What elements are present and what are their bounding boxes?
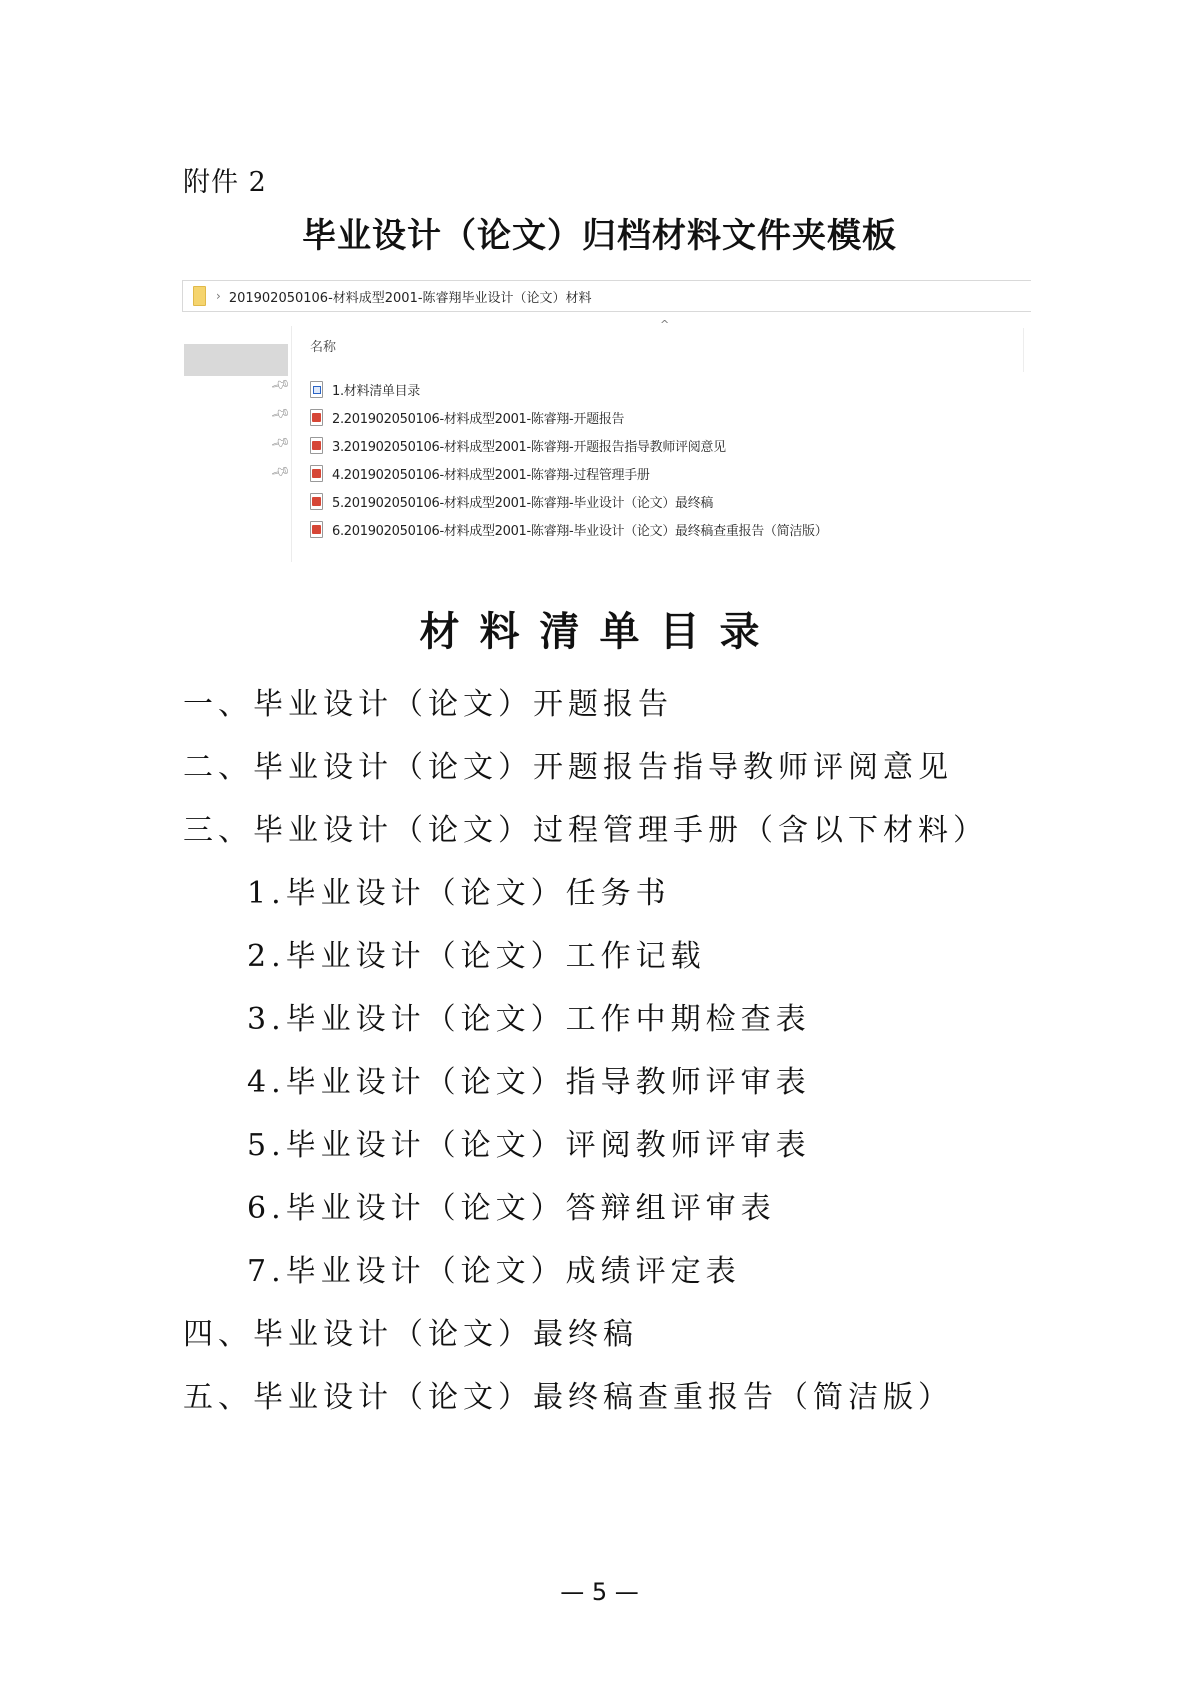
file-name[interactable]: 5.201902050106-材料成型2001-陈睿翔-毕业设计（论文）最终稿 <box>332 492 713 511</box>
pin-icon: 📌︎ <box>269 462 291 483</box>
pdf-file-icon <box>310 465 323 482</box>
checklist-item: 一、毕业设计（论文）开题报告 <box>183 683 988 746</box>
checklist: 一、毕业设计（论文）开题报告二、毕业设计（论文）开题报告指导教师评阅意见三、毕业… <box>183 683 988 1439</box>
pdf-file-icon <box>310 409 323 426</box>
attachment-label: 附件 2 <box>183 160 267 199</box>
checklist-subitem: 2.毕业设计（论文）工作记载 <box>183 935 988 998</box>
checklist-subitem: 3.毕业设计（论文）工作中期检查表 <box>183 998 988 1061</box>
checklist-subitem: 5.毕业设计（论文）评阅教师评审表 <box>183 1124 988 1187</box>
pane-divider[interactable] <box>291 326 292 562</box>
checklist-item: 四、毕业设计（论文）最终稿 <box>183 1313 988 1376</box>
pin-icon: 📌︎ <box>269 433 291 454</box>
word-file-icon <box>310 381 323 398</box>
file-name[interactable]: 6.201902050106-材料成型2001-陈睿翔-毕业设计（论文）最终稿查… <box>332 520 827 539</box>
breadcrumb-path[interactable]: 201902050106-材料成型2001-陈睿翔毕业设计（论文）材料 <box>229 287 592 306</box>
checklist-subitem: 4.毕业设计（论文）指导教师评审表 <box>183 1061 988 1124</box>
file-row[interactable]: 5.201902050106-材料成型2001-陈睿翔-毕业设计（论文）最终稿 <box>310 487 827 515</box>
file-explorer-screenshot: › 201902050106-材料成型2001-陈睿翔毕业设计（论文）材料 📌︎… <box>182 280 1032 562</box>
address-bar[interactable]: › 201902050106-材料成型2001-陈睿翔毕业设计（论文）材料 <box>182 280 1031 312</box>
column-header-name[interactable]: 名称 <box>310 336 336 355</box>
pin-icon: 📌︎ <box>269 404 291 425</box>
file-row[interactable]: 3.201902050106-材料成型2001-陈睿翔-开题报告指导教师评阅意见 <box>310 431 827 459</box>
file-name[interactable]: 3.201902050106-材料成型2001-陈睿翔-开题报告指导教师评阅意见 <box>332 436 726 455</box>
chevron-right-icon: › <box>216 289 221 303</box>
pdf-file-icon <box>310 493 323 510</box>
sort-ascending-icon: ^ <box>660 318 669 331</box>
checklist-subitem: 6.毕业设计（论文）答辩组评审表 <box>183 1187 988 1250</box>
file-name[interactable]: 1.材料清单目录 <box>332 380 420 399</box>
nav-pane-selected-item[interactable] <box>184 344 288 376</box>
pdf-file-icon <box>310 437 323 454</box>
checklist-item: 五、毕业设计（论文）最终稿查重报告（简洁版） <box>183 1376 988 1439</box>
page-number: — 5 — <box>0 1578 1199 1606</box>
file-name[interactable]: 4.201902050106-材料成型2001-陈睿翔-过程管理手册 <box>332 464 650 483</box>
column-divider[interactable] <box>1023 328 1024 372</box>
pdf-file-icon <box>310 521 323 538</box>
folder-icon <box>193 286 206 306</box>
checklist-item: 三、毕业设计（论文）过程管理手册（含以下材料） <box>183 809 988 872</box>
pin-icon: 📌︎ <box>269 375 291 396</box>
file-row[interactable]: 2.201902050106-材料成型2001-陈睿翔-开题报告 <box>310 403 827 431</box>
checklist-title: 材料清单目录 <box>0 600 1199 657</box>
checklist-subitem: 7.毕业设计（论文）成绩评定表 <box>183 1250 988 1313</box>
file-row[interactable]: 6.201902050106-材料成型2001-陈睿翔-毕业设计（论文）最终稿查… <box>310 515 827 543</box>
file-row[interactable]: 4.201902050106-材料成型2001-陈睿翔-过程管理手册 <box>310 459 827 487</box>
file-name[interactable]: 2.201902050106-材料成型2001-陈睿翔-开题报告 <box>332 408 624 427</box>
checklist-subitem: 1.毕业设计（论文）任务书 <box>183 872 988 935</box>
checklist-item: 二、毕业设计（论文）开题报告指导教师评阅意见 <box>183 746 988 809</box>
file-row[interactable]: 1.材料清单目录 <box>310 375 827 403</box>
file-list: 1.材料清单目录2.201902050106-材料成型2001-陈睿翔-开题报告… <box>310 375 827 543</box>
document-title: 毕业设计（论文）归档材料文件夹模板 <box>0 208 1199 257</box>
